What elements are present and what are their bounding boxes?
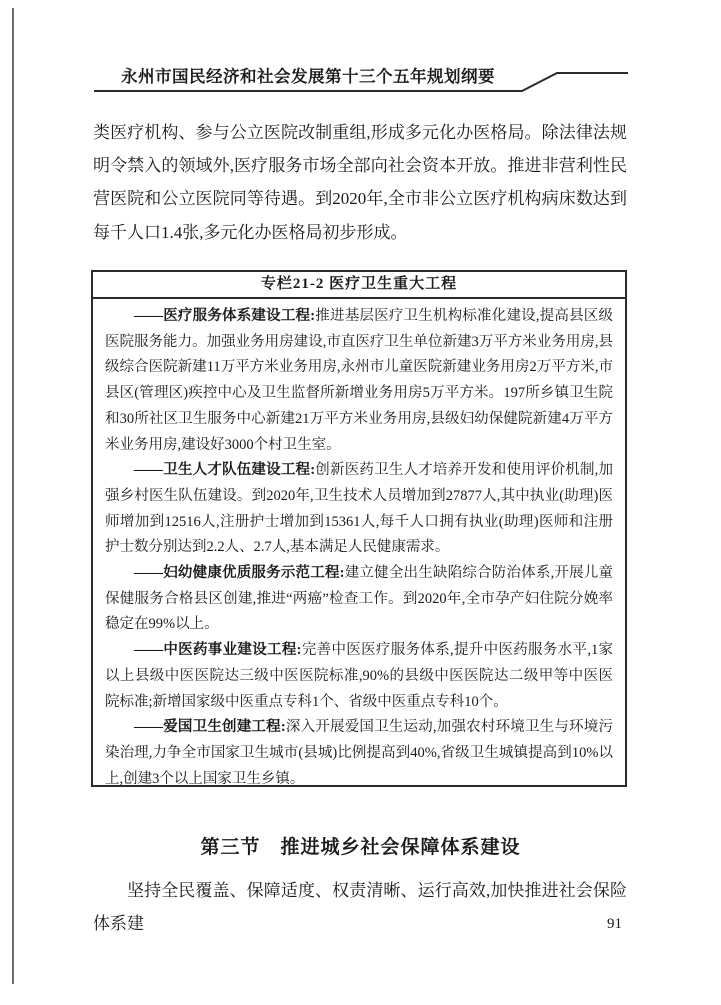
- header-rule-line: [0, 60, 721, 100]
- box-paragraph-medical-service: ——医疗服务体系建设工程:推进基层医疗卫生机构标准化建设,提高县区级医院服务能力…: [105, 304, 613, 458]
- box-paragraph-traditional-medicine: ——中医药事业建设工程:完善中医医疗服务体系,提升中医药服务水平,1家以上县级中…: [105, 638, 613, 715]
- page-number: 91: [607, 916, 622, 933]
- project-name: ——医疗服务体系建设工程:: [134, 308, 315, 324]
- box-paragraph-maternal-child-health: ——妇幼健康优质服务示范工程:建立健全出生缺陷综合防治体系,开展儿童保健服务合格…: [105, 561, 613, 638]
- feature-box-body: ——医疗服务体系建设工程:推进基层医疗卫生机构标准化建设,提高县区级医院服务能力…: [93, 299, 625, 792]
- project-description: 推进基层医疗卫生机构标准化建设,提高县区级医院服务能力。加强业务用房建设,市直医…: [105, 308, 613, 453]
- project-name: ——爱国卫生创建工程:: [134, 719, 286, 735]
- project-name: ——中医药事业建设工程:: [134, 642, 302, 658]
- closing-paragraph: 坚持全民覆盖、保障适度、权责清晰、运行高效,加快推进社会保险体系建: [93, 874, 627, 940]
- feature-box-title: 专栏21-2 医疗卫生重大工程: [93, 272, 625, 299]
- section-heading: 第三节 推进城乡社会保障体系建设: [0, 832, 721, 859]
- box-paragraph-health-personnel: ——卫生人才队伍建设工程:创新医药卫生人才培养开发和使用评价机制,加强乡村医生队…: [105, 458, 613, 561]
- feature-box: 专栏21-2 医疗卫生重大工程 ——医疗服务体系建设工程:推进基层医疗卫生机构标…: [91, 270, 627, 787]
- project-name: ——卫生人才队伍建设工程:: [134, 462, 315, 478]
- project-name: ——妇幼健康优质服务示范工程:: [134, 565, 345, 581]
- document-page: 永州市国民经济和社会发展第十三个五年规划纲要 类医疗机构、参与公立医院改制重组,…: [0, 0, 721, 1005]
- box-paragraph-patriotic-health: ——爱国卫生创建工程:深入开展爱国卫生运动,加强农村环境卫生与环境污染治理,力争…: [105, 715, 613, 792]
- intro-paragraph: 类医疗机构、参与公立医院改制重组,形成多元化办医格局。除法律法规明令禁入的领域外…: [93, 116, 627, 249]
